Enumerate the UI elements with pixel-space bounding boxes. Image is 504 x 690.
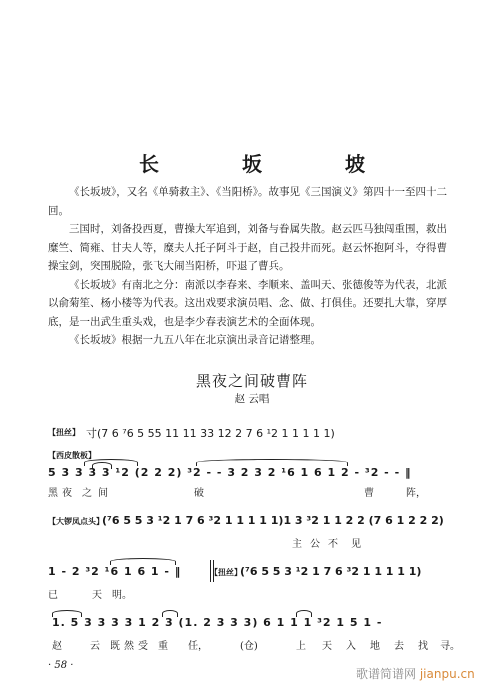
lyric: 然: [124, 637, 134, 652]
page-number: · 58 ·: [48, 660, 73, 671]
lyric: 曹: [364, 484, 374, 499]
lyric: 入: [346, 637, 356, 652]
intro-paragraph-3: 《长坂坡》有南北之分：南派以李春来、李顺来、盖叫天、张德俊等为代表，北派以俞菊笙…: [48, 276, 456, 332]
intro-text: 《长坂坡》，又名《单骑救主》、《当阳桥》。故事见《三国演义》第四十一至四十二回。…: [48, 183, 456, 350]
score-line-3: 【大锣凤点头】 (⁷6 5 5 3 ¹2 1 7 6 ³2 1 1 1 1 1)…: [48, 514, 468, 530]
lyric: 主: [292, 535, 302, 550]
lyric: (仓): [240, 637, 258, 652]
watermark: 歌谱简谱网 jianpu.cn: [356, 665, 475, 682]
lyric: 黑: [48, 484, 58, 499]
line1-tag: 【扭丝】: [48, 427, 80, 438]
lyric: 之: [82, 484, 92, 499]
line4-tag: 【扭丝】: [210, 567, 242, 578]
lyric: 云: [90, 637, 100, 652]
lyric: 阵，: [406, 484, 426, 499]
barline: [210, 560, 211, 582]
lyric: 间: [98, 484, 108, 499]
watermark-en: jianpu.cn: [420, 667, 475, 681]
intro-paragraph-2: 三国时，刘备投西夏，曹操大军追到，刘备与眷属失散。赵云匹马独闯重围，救出糜竺、简…: [48, 220, 456, 276]
lyric: 已: [48, 586, 58, 601]
line4-notes-b: (⁷6 5 5 3 ¹2 1 7 6 ³2 1 1 1 1 1): [240, 565, 421, 578]
lyric: 既: [110, 637, 120, 652]
score-line-5: 1. 5 3 3 3 3 1 2 3 (1. 2 3 3 3) 6 1 1 1 …: [48, 616, 468, 632]
score-line-1: 【扭丝】 寸(7 6 ⁷6 5 55 11 11 33 12 2 7 6 ¹2 …: [48, 425, 468, 441]
line2-notes: 5 3 3 3 3 ¹2 (2 2 2) ³2 - - 3 2 3 2 ¹6 1…: [48, 466, 411, 479]
lyric: 破: [194, 484, 204, 499]
line3-tag: 【大锣凤点头】: [48, 516, 104, 527]
song-singer: 赵 云唱: [0, 391, 504, 406]
line3-notes: (⁷6 5 5 3 ¹2 1 7 6 ³2 1 1 1 1 1)1 3 ³2 1…: [102, 514, 444, 527]
lyric: 公: [310, 535, 320, 550]
slur: [196, 459, 348, 466]
score-line-4: 1 - 2 ³2 ¹6 1 6 1 - ‖ 【扭丝】 (⁷6 5 5 3 ¹2 …: [48, 565, 468, 581]
intro-paragraph-4: 《长坂坡》根据一九五八年在北京演出录音记谱整理。: [48, 331, 456, 350]
song-title: 黑夜之间破曹阵: [0, 370, 504, 391]
watermark-cn: 歌谱简谱网: [356, 667, 416, 681]
slur: [110, 558, 176, 565]
line5-notes: 1. 5 3 3 3 3 1 2 3 (1. 2 3 3 3) 6 1 1 1 …: [52, 616, 382, 629]
lyric: 不: [328, 535, 338, 550]
intro-paragraph-1: 《长坂坡》，又名《单骑救主》、《当阳桥》。故事见《三国演义》第四十一至四十二回。: [48, 183, 456, 220]
lyric: 夜: [62, 484, 72, 499]
line1-notes: 寸(7 6 ⁷6 5 55 11 11 33 12 2 7 6 ¹2 1 1 1…: [86, 425, 335, 441]
lyric: 任，: [188, 637, 208, 652]
page-title: 长 坂 坡: [0, 148, 504, 177]
lyric: 受: [138, 637, 148, 652]
lyric: 天: [322, 637, 332, 652]
lyric: 天: [92, 586, 102, 601]
score-line-2: 5 3 3 3 3 ¹2 (2 2 2) ³2 - - 3 2 3 2 ¹6 1…: [48, 466, 468, 482]
lyric: 重: [158, 637, 168, 652]
lyric: 赵: [52, 637, 62, 652]
lyric: 见: [351, 535, 361, 550]
barline: [213, 560, 214, 582]
lyric: 找: [418, 637, 428, 652]
line4-notes-a: 1 - 2 ³2 ¹6 1 6 1 - ‖: [48, 565, 181, 578]
lyric: 地: [370, 637, 380, 652]
lyric: 明。: [112, 586, 132, 601]
lyric: 上: [296, 637, 306, 652]
lyric: 寻。: [440, 637, 460, 652]
lyric: 去: [394, 637, 404, 652]
